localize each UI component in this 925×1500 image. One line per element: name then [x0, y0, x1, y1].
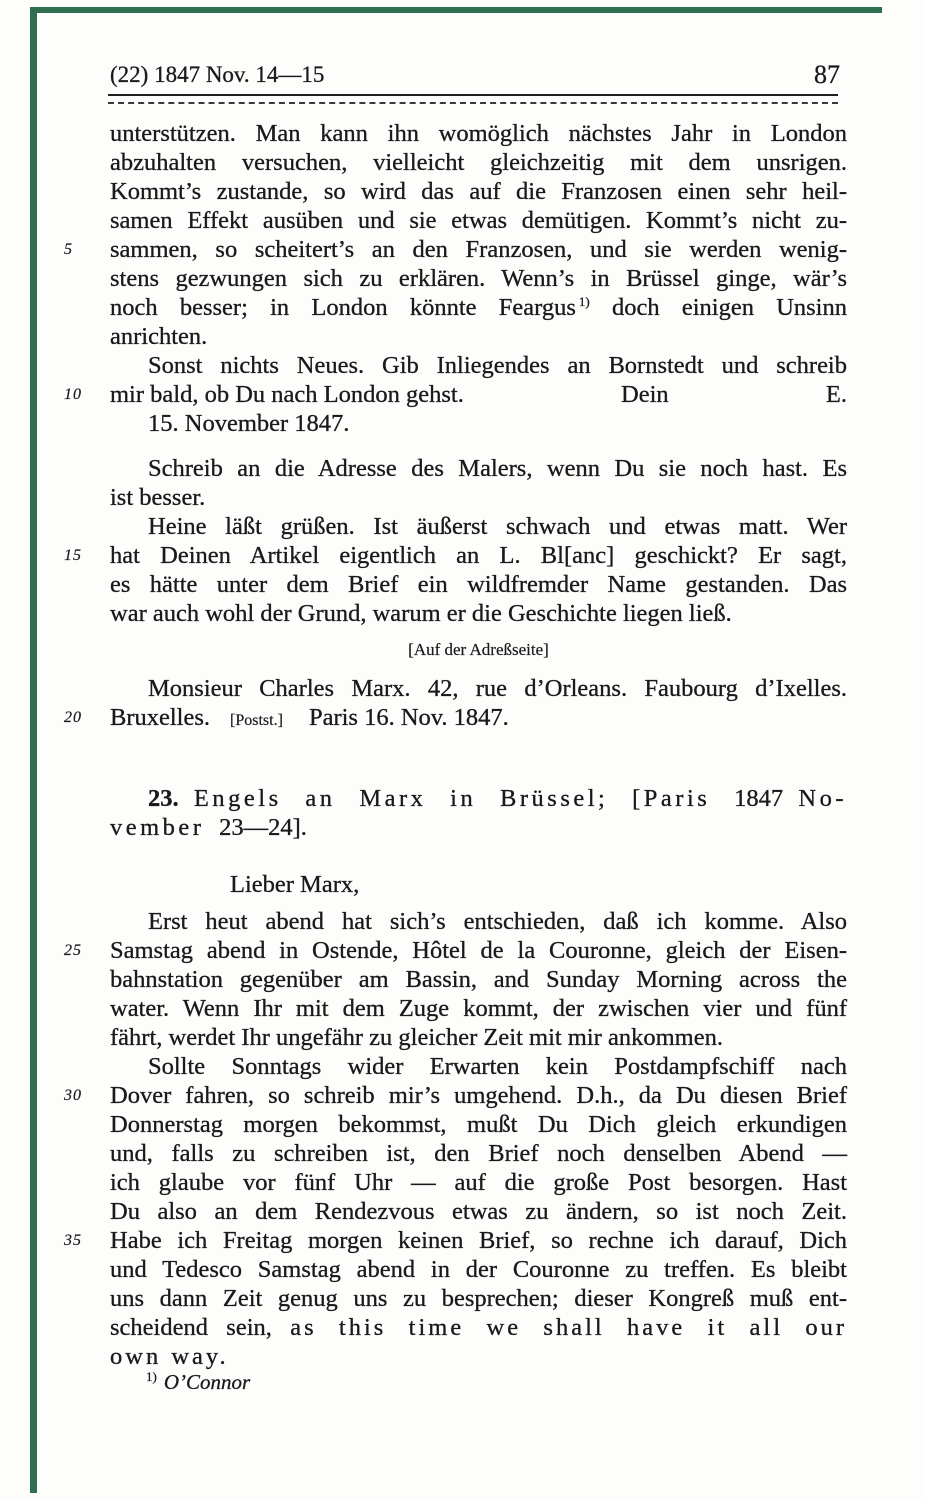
text-line: water. Wenn Ihr mit dem Zuge kommt, der … [110, 994, 847, 1023]
text-line: 20Bruxelles.[Postst.]Paris 16. Nov. 1847… [110, 703, 847, 735]
text-segment: Monsieur Charles Marx. 42, rue d’Orleans… [148, 675, 847, 702]
text-line: unterstützen. Man kann ihn womöglich näc… [110, 119, 847, 148]
text-segment: und, falls zu schreiben ist, den Brief n… [110, 1140, 847, 1167]
text-line: Donnerstag morgen bekommst, mußt Du Dich… [110, 1110, 847, 1139]
text-line: scheidend sein, as this time we shall ha… [110, 1313, 847, 1342]
margin-line-number: 10 [64, 380, 100, 409]
text-line: abzuhalten versuchen, vielleicht gleichz… [110, 148, 847, 177]
text-segment: Kommt’s zustande, so wird das auf die Fr… [110, 178, 847, 205]
text-line: Du also an dem Rendezvous etwas zu änder… [110, 1197, 847, 1226]
text-segment [179, 785, 194, 812]
text-segment: Sollte Sonntags wider Erwarten kein Post… [148, 1053, 847, 1080]
text-segment: samen Effekt ausüben und sie etwas demüt… [110, 207, 847, 234]
text-segment: Erst heut abend hat sich’s entschieden, … [148, 908, 847, 935]
text-line: es hätte unter dem Brief ein wildfremder… [110, 570, 847, 599]
text-line: 30Dover fahren, so schreib mir’s umgehen… [110, 1081, 847, 1110]
scan-edge-left [30, 7, 37, 1493]
text-line: war auch wohl der Grund, warum er die Ge… [110, 599, 847, 628]
text-line: ist besser. [110, 483, 847, 512]
text-segment: Dein [621, 380, 669, 409]
text-line: fährt, werdet Ihr ungefähr zu gleicher Z… [110, 1023, 847, 1052]
text-line: 35Habe ich Freitag morgen keinen Brief, … [110, 1226, 847, 1255]
text-line: noch besser; in London könnte Feargus1) … [110, 293, 847, 322]
text-line: Kommt’s zustande, so wird das auf die Fr… [110, 177, 847, 206]
text-segment: uns dann Zeit genug uns zu besprechen; d… [110, 1285, 847, 1312]
text-segment: water. Wenn Ihr mit dem Zuge kommt, der … [110, 995, 847, 1022]
text-segment: abzuhalten versuchen, vielleicht gleichz… [110, 149, 847, 176]
text-segment: und Tedesco Samstag abend in der Couronn… [110, 1256, 847, 1283]
text-segment: [Auf der Adreßseite] [408, 640, 549, 659]
text-segment: Samstag abend in Ostende, Hôtel de la Co… [110, 937, 847, 964]
text-segment: hat Deinen Artikel eigentlich an L. Bl[a… [110, 542, 847, 569]
text-segment: noch besser; in London könnte Feargus [110, 294, 576, 321]
text-line: 25Samstag abend in Ostende, Hôtel de la … [110, 936, 847, 965]
text-line: bahnstation gegenüber am Bassin, and Sun… [110, 965, 847, 994]
text-line: Erst heut abend hat sich’s entschieden, … [110, 907, 847, 936]
text-segment: bahnstation gegenüber am Bassin, and Sun… [110, 966, 847, 993]
text-line: anrichten. [110, 322, 847, 351]
text-segment: Lieber Marx, [230, 871, 359, 898]
text-segment: Du also an dem Rendezvous etwas zu änder… [110, 1198, 847, 1225]
text-segment: as this time we shall have it all our [290, 1314, 847, 1341]
text-line: stens gezwungen sich zu erklären. Wenn’s… [110, 264, 847, 293]
footnote: 1)O’Connor [146, 1364, 250, 1395]
text-segment: E. [826, 380, 847, 409]
margin-line-number: 30 [64, 1081, 100, 1110]
text-line: 5sammen, so scheitert’s an den Franzosen… [110, 235, 847, 264]
book-page: (22) 1847 Nov. 14—15 87 unterstützen. Ma… [0, 0, 925, 1500]
text-segment: ich glaube vor fünf Uhr — auf die große … [110, 1169, 847, 1196]
text-segment: es hätte unter dem Brief ein wildfremder… [110, 571, 847, 598]
text-line: 10mir bald, ob Du nach London gehst.Dein… [110, 380, 847, 409]
text-segment: sammen, so scheitert’s an den Franzosen,… [110, 236, 847, 263]
text-line: uns dann Zeit genug uns zu besprechen; d… [110, 1284, 847, 1313]
text-segment: ist besser. [110, 484, 205, 511]
text-line: 15. November 1847. [110, 409, 847, 438]
text-segment: Heine läßt grüßen. Ist äußerst schwach u… [148, 513, 847, 540]
text-line: und Tedesco Samstag abend in der Couronn… [110, 1255, 847, 1284]
text-segment: anrichten. [110, 323, 207, 350]
margin-line-number: 20 [64, 703, 100, 732]
text-line: samen Effekt ausüben und sie etwas demüt… [110, 206, 847, 235]
text-segment: mir bald, ob Du nach London gehst. [110, 380, 464, 409]
text-segment: 1847 [734, 785, 798, 812]
margin-line-number: 35 [64, 1226, 100, 1255]
margin-line-number: 25 [64, 936, 100, 965]
footnote-marker: 1) [146, 1369, 157, 1384]
text-segment: No- [798, 785, 847, 812]
text-line: Lieber Marx, [110, 870, 847, 899]
text-segment: 23. [148, 785, 179, 812]
header-rule [108, 94, 838, 104]
footnote-text: O’Connor [164, 1370, 250, 1394]
text-line: und, falls zu schreiben ist, den Brief n… [110, 1139, 847, 1168]
text-segment: 15. November 1847. [148, 410, 349, 437]
text-segment: stens gezwungen sich zu erklären. Wenn’s… [110, 265, 847, 292]
text-line: Schreib an die Adresse des Malers, wenn … [110, 454, 847, 483]
text-segment: Schreib an die Adresse des Malers, wenn … [148, 455, 847, 482]
text-segment: Paris 16. Nov. 1847. [309, 704, 509, 731]
footnote-separator: - - [148, 1348, 196, 1364]
text-segment: war auch wohl der Grund, warum er die Ge… [110, 600, 732, 627]
text-segment: Donnerstag morgen bekommst, mußt Du Dich… [110, 1111, 847, 1138]
margin-line-number: 15 [64, 541, 100, 570]
text-line: Sollte Sonntags wider Erwarten kein Post… [110, 1052, 847, 1081]
text-segment: Bruxelles. [110, 704, 210, 731]
text-segment: 1) [579, 294, 590, 309]
text-line: Heine läßt grüßen. Ist äußerst schwach u… [110, 512, 847, 541]
running-head: (22) 1847 Nov. 14—15 [110, 62, 324, 88]
text-line: 15hat Deinen Artikel eigentlich an L. Bl… [110, 541, 847, 570]
text-line: Monsieur Charles Marx. 42, rue d’Orleans… [110, 674, 847, 703]
text-segment: fährt, werdet Ihr ungefähr zu gleicher Z… [110, 1024, 723, 1051]
text-line: Sonst nichts Neues. Gib Inliegendes an B… [110, 351, 847, 380]
text-segment: unterstützen. Man kann ihn womöglich näc… [110, 120, 847, 147]
text-segment: doch einigen Unsinn [590, 294, 847, 321]
text-line: [Auf der Adreßseite] [110, 638, 847, 662]
text-line: 23. Engels an Marx in Brüssel; [Paris 18… [110, 784, 847, 813]
text-line: ich glaube vor fünf Uhr — auf die große … [110, 1168, 847, 1197]
text-segment: vember [110, 814, 219, 841]
text-line: vember 23—24]. [110, 813, 847, 842]
text-segment: [Postst.] [230, 712, 283, 729]
page-header: (22) 1847 Nov. 14—15 87 [110, 62, 840, 88]
scan-edge-top [30, 7, 882, 13]
text-segment: Sonst nichts Neues. Gib Inliegendes an B… [148, 352, 847, 379]
text-segment: Engels an Marx in Brüssel; [Paris [194, 785, 734, 812]
margin-line-number: 5 [64, 235, 100, 264]
text-segment: Habe ich Freitag morgen keinen Brief, so… [110, 1227, 847, 1254]
page-number: 87 [814, 62, 840, 88]
text-segment: scheidend sein, [110, 1314, 290, 1341]
text-segment: Dover fahren, so schreib mir’s umgehend.… [110, 1082, 847, 1109]
letter-text: unterstützen. Man kann ihn womöglich näc… [110, 119, 847, 1371]
text-segment: 23—24]. [219, 814, 307, 841]
